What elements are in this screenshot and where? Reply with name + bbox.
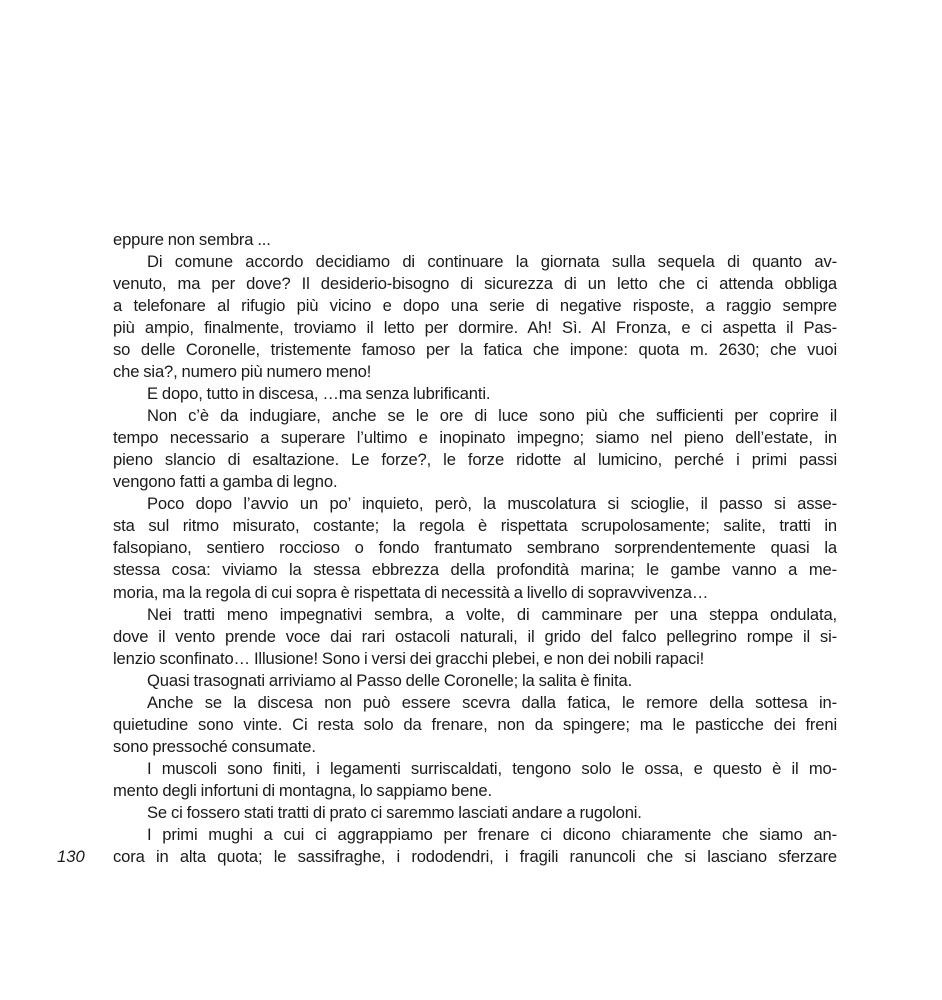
text-line: Quasi trasognati arriviamo al Passo dell… xyxy=(113,670,837,692)
text-line: Poco dopo l’avvio un po’ inquieto, però,… xyxy=(113,493,837,515)
text-line: E dopo, tutto in discesa, …ma senza lubr… xyxy=(113,383,837,405)
text-line: cora in alta quota; le sassifraghe, i ro… xyxy=(113,846,837,868)
text-line: dove il vento prende voce dai rari ostac… xyxy=(113,626,837,648)
text-line: pieno slancio di esaltazione. Le forze?,… xyxy=(113,449,837,471)
text-line: Se ci fossero stati tratti di prato ci s… xyxy=(113,802,837,824)
page-number: 130 xyxy=(57,846,85,868)
text-line: lenzio sconfinato… Illusione! Sono i ver… xyxy=(113,648,837,670)
text-line: stessa cosa: viviamo la stessa ebbrezza … xyxy=(113,559,837,581)
body-text: eppure non sembra ...Di comune accordo d… xyxy=(113,229,837,868)
text-line: moria, ma la regola di cui sopra è rispe… xyxy=(113,582,837,604)
text-line: venuto, ma per dove? Il desiderio-bisogn… xyxy=(113,273,837,295)
text-line: falsopiano, sentiero roccioso o fondo fr… xyxy=(113,537,837,559)
text-line: più ampio, finalmente, troviamo il letto… xyxy=(113,317,837,339)
text-line: Di comune accordo decidiamo di continuar… xyxy=(113,251,837,273)
text-line: sta sul ritmo misurato, costante; la reg… xyxy=(113,515,837,537)
text-line: tempo necessario a superare l’ultimo e i… xyxy=(113,427,837,449)
text-line: Nei tratti meno impegnativi sembra, a vo… xyxy=(113,604,837,626)
text-line: vengono fatti a gamba di legno. xyxy=(113,471,837,493)
book-page: eppure non sembra ...Di comune accordo d… xyxy=(0,0,942,1000)
text-line: Non c’è da indugiare, anche se le ore di… xyxy=(113,405,837,427)
text-line: so delle Coronelle, tristemente famoso p… xyxy=(113,339,837,361)
text-line: Anche se la discesa non può essere scevr… xyxy=(113,692,837,714)
text-line: mento degli infortuni di montagna, lo sa… xyxy=(113,780,837,802)
text-line: eppure non sembra ... xyxy=(113,229,837,251)
text-line: a telefonare al rifugio più vicino e dop… xyxy=(113,295,837,317)
text-line: quietudine sono vinte. Ci resta solo da … xyxy=(113,714,837,736)
text-line: che sia?, numero più numero meno! xyxy=(113,361,837,383)
text-line: I muscoli sono finiti, i legamenti surri… xyxy=(113,758,837,780)
text-line: I primi mughi a cui ci aggrappiamo per f… xyxy=(113,824,837,846)
text-line: sono pressoché consumate. xyxy=(113,736,837,758)
